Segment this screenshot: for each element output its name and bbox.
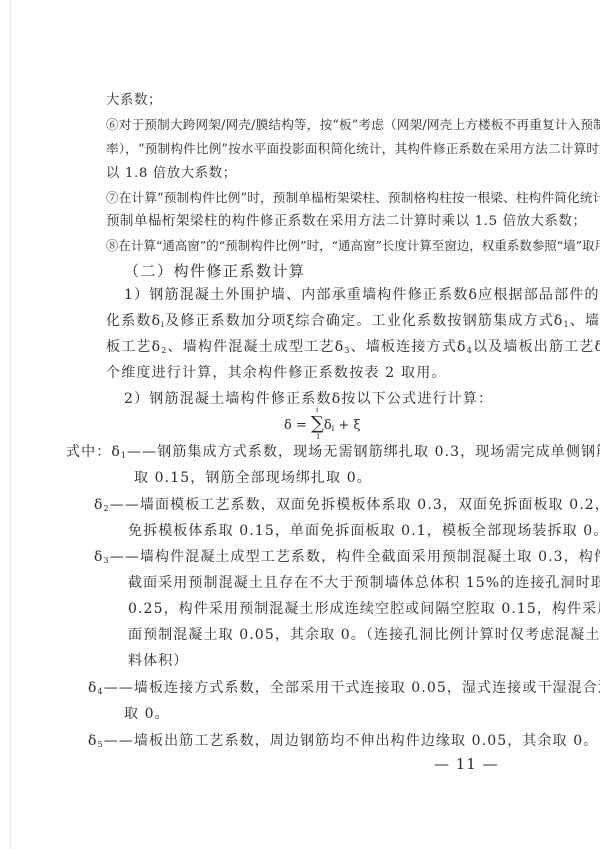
definition-d4: δ4——墙板连接方式系数，全部采用干式连接取 0.05，湿式连接或干湿混合连接	[88, 680, 600, 700]
definition-d3-cont: 面预制混凝土取 0.05，其余取 0。（连接孔洞比例计算时仅考虑混凝土材	[128, 627, 600, 643]
text-line: 以 1.8 倍放大系数；	[106, 166, 237, 182]
definition-d5: δ5——墙板出筋工艺系数，周边钢筋均不伸出构件边缘取 0.05，其余取 0。	[88, 733, 598, 753]
para1-line2: 化系数δi及修正系数加分项ξ综合确定。工业化系数按钢筋集成方式δ1、墙面模	[106, 313, 600, 333]
definition-d3-cont: 截面采用预制混凝土且存在不大于预制墙体总体积 15%的连接孔洞时取	[128, 575, 600, 591]
definition-d1-cont: 取 0.15，钢筋全部现场绑扎取 0。	[134, 470, 372, 486]
definition-d1: 式中：δ1——钢筋集成方式系数，现场无需钢筋绑扎取 0.3，现场需完成单侧钢筋绑…	[66, 444, 600, 464]
definition-d3: δ3——墙构件混凝土成型工艺系数，构件全截面采用预制混凝土取 0.3，构件全	[94, 549, 600, 569]
para1-line4: 个维度进行计算，其余构件修正系数按表 2 取用。	[106, 365, 447, 381]
definition-d4-cont: 取 0。	[124, 706, 170, 722]
para2: 2）钢筋混凝土墙构件修正系数δ按以下公式进行计算：	[124, 391, 493, 407]
para1-line1: 1）钢筋混凝土外围护墙、内部承重墙构件修正系数δ应根据部品部件的工业	[124, 287, 600, 303]
text-line: 率），“预制构件比例”按水平面投影面积简化统计，其构件修正系数在采用方法二计算时…	[106, 141, 600, 157]
formula: δ = ∑i1δi + ξ	[284, 413, 361, 434]
definition-d3-cont: 0.25，构件采用预制混凝土形成连续空腔或间隔空腔取 0.15，构件采用单	[128, 601, 600, 617]
document-page: 大系数； ⑥对于预制大跨网架/网壳/膜结构等，按“板”考虑（网架/网壳上方楼板不…	[0, 0, 600, 849]
scan-edge	[10, 0, 11, 849]
text-line: 预制单榀桁架梁柱的构件修正系数在采用方法二计算时乘以 1.5 倍放大系数；	[106, 214, 587, 230]
sum-symbol: ∑i1	[311, 413, 324, 434]
text-line: ⑧在计算“通高窗”的“预制构件比例”时，“通高窗”长度计算至窗边，权重系数参照“…	[106, 238, 600, 254]
definition-d2-cont: 免拆模板体系取 0.15，单面免拆面板取 0.1，模板全部现场装拆取 0。	[128, 523, 600, 539]
definition-d3-cont: 料体积）	[128, 653, 188, 669]
definition-d2: δ2——墙面模板工艺系数，双面免拆模板体系取 0.3，双面免拆面板取 0.2，单…	[94, 497, 600, 517]
para1-line3: 板工艺δ2、墙构件混凝土成型工艺δ3、墙板连接方式δ4以及墙板出筋工艺δ5五	[106, 339, 600, 359]
text-line: 大系数；	[106, 93, 162, 109]
page-number: — 11 —	[434, 755, 499, 773]
text-line: ⑥对于预制大跨网架/网壳/膜结构等，按“板”考虑（网架/网壳上方楼板不再重复计入…	[106, 117, 600, 133]
section-heading: （二）构件修正系数计算	[124, 262, 306, 280]
text-line: ⑦在计算“预制构件比例”时，预制单榀桁架梁柱、预制格构柱按一根梁、柱构件简化统计…	[106, 190, 600, 206]
